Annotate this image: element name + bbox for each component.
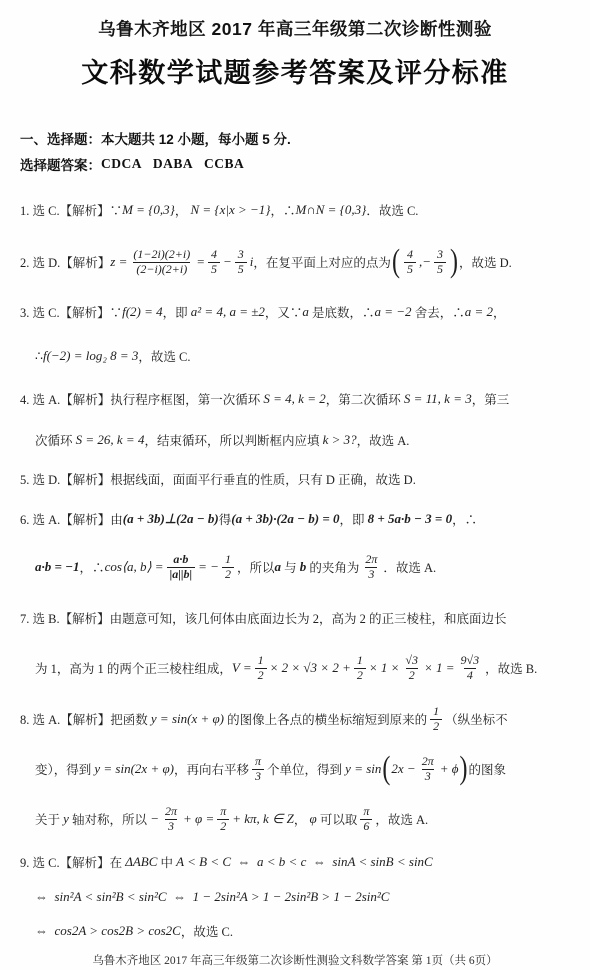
text-run: 轴对称，所以 — [69, 810, 150, 828]
answer-item-4: 4. 选 A.【解析】执行程序框图，第一次循环 S = 4, k = 2，第二次… — [20, 378, 570, 460]
answer-item-5: 5. 选 D.【解析】根据线面，面面平行垂直的性质，只有 D 正确，故选 D. — [20, 460, 570, 498]
answer-line: 8. 选 A.【解析】把函数 y = sin(x + φ) 的图像上各点的横坐标… — [20, 694, 570, 744]
text-run: ，故选 B. — [485, 659, 537, 677]
text-run: ， — [175, 201, 191, 219]
vector-math-run: (a + 3b)⊥(2a − b) — [123, 511, 219, 527]
answer-item-8: 8. 选 A.【解析】把函数 y = sin(x + φ) 的图像上各点的横坐标… — [20, 694, 570, 844]
text-run: 舍去，∴ — [412, 303, 465, 321]
vector-math-run: a·b = −1 — [35, 559, 80, 575]
text-run: ，即 — [163, 303, 191, 321]
text-run: ，∴ — [80, 558, 105, 576]
math-run: k > 3? — [323, 432, 357, 448]
math-run: M = {0,3} — [122, 202, 175, 218]
answer-item-2: 2. 选 D.【解析】z =(1−2i)(2+i)(2−i)(2+i)=45−3… — [20, 234, 570, 290]
text-run: ．故选 C. — [366, 201, 418, 219]
math-run: ΔABC — [125, 854, 157, 870]
math-run: a = −2 — [375, 304, 412, 320]
fraction: 12 — [255, 654, 267, 683]
text-run: 可以取 — [317, 810, 358, 828]
answer-line: 7. 选 B.【解析】由题意可知，该几何体由底面边长为 2，高为 2 的正三棱柱… — [20, 594, 570, 642]
text-run: ，故选 D. — [459, 253, 512, 271]
fraction: 12 — [222, 553, 234, 582]
math-run: y = sin(x + φ) — [151, 711, 224, 727]
text-run: 变），得到 — [35, 760, 94, 778]
math-run: z = — [110, 254, 127, 270]
text-run: ，∴ — [270, 201, 295, 219]
math-run: y = sin(2x + φ) — [94, 761, 174, 777]
text-run: 关于 — [35, 810, 63, 828]
answers-label: 选择题答案： — [20, 154, 101, 174]
math-run: + ϕ — [440, 761, 459, 777]
fraction: 35 — [434, 248, 446, 277]
text-run: 的图象 — [468, 760, 506, 778]
text-run: ，再向右平移 — [174, 760, 249, 778]
answer-line: 4. 选 A.【解析】执行程序框图，第一次循环 S = 4, k = 2，第二次… — [20, 378, 570, 420]
fraction: π3 — [252, 755, 264, 784]
text-run: 的夹角为 — [306, 558, 359, 576]
fraction: 12 — [430, 705, 442, 734]
math-run: f(−2) = log₂ 8 = 3 — [43, 348, 138, 364]
answer-line: 9. 选 C.【解析】在 ΔABC 中 A < B < C ⇔ a < b < … — [20, 844, 570, 880]
text-run: 3. 选 C.【解析】∵ — [20, 303, 122, 321]
text-run: 为 1，高为 1 的两个正三棱柱组成， — [35, 659, 232, 677]
fraction: 2π3 — [419, 755, 437, 784]
text-run: ，第三 — [472, 390, 510, 408]
answer-items: 1. 选 C.【解析】∵M = {0,3}， N = {x|x > −1}，∴M… — [20, 186, 570, 948]
text-run: 是底数，∴ — [309, 303, 375, 321]
text-run: ．故选 A. — [383, 558, 436, 576]
fraction: π2 — [217, 805, 229, 834]
big-paren: ( — [382, 753, 390, 785]
math-run: f(2) = 4 — [122, 304, 163, 320]
text-run: ， — [294, 810, 310, 828]
text-run: ，故选 C. — [138, 347, 190, 365]
text-run: ，结束循环，所以判断框内应填 — [144, 431, 322, 449]
text-run: ，又∵ — [265, 303, 303, 321]
answer-line: 1. 选 C.【解析】∵M = {0,3}， N = {x|x > −1}，∴M… — [20, 186, 570, 234]
math-run: A < B < C ⇔ a < b < c ⇔ sinA < sinB < si… — [176, 854, 433, 870]
text-run: 2. 选 D.【解析】 — [20, 253, 110, 271]
answer-item-6: 6. 选 A.【解析】由(a + 3b)⊥(2a − b)得(a + 3b)·(… — [20, 498, 570, 594]
math-run: V = — [232, 660, 252, 676]
answer-line: 2. 选 D.【解析】z =(1−2i)(2+i)(2−i)(2+i)=45−3… — [20, 234, 570, 290]
text-run: 6. 选 A.【解析】由 — [20, 510, 123, 528]
text-run: ，所以 — [237, 558, 275, 576]
fraction: 12 — [354, 654, 366, 683]
answer-line: 5. 选 D.【解析】根据线面，面面平行垂直的性质，只有 D 正确，故选 D. — [20, 460, 570, 498]
math-run: + kπ, k ∈ Z — [232, 811, 294, 827]
main-title: 文科数学试题参考答案及评分标准 — [20, 51, 570, 90]
text-run: 得 — [219, 510, 232, 528]
math-run: 2x − — [391, 761, 415, 777]
answer-line: 关于 y 轴对称，所以 −2π3+ φ =π2+ kπ, k ∈ Z， φ 可以… — [20, 794, 570, 844]
answers-letters: CDCA DABA CCBA — [101, 156, 244, 172]
math-run: a = 2 — [465, 304, 493, 320]
answer-line: ⇔ sin²A < sin²B < sin²C ⇔ 1 − 2sin²A > 1… — [20, 880, 570, 914]
math-run: φ — [310, 811, 317, 827]
fraction: (1−2i)(2+i)(2−i)(2+i) — [130, 248, 193, 277]
vector-math-run: (a + 3b)·(2a − b) = 0 — [231, 511, 339, 527]
region-title: 乌鲁木齐地区 2017 年高三年级第二次诊断性测验 — [20, 16, 570, 41]
big-paren: ( — [392, 246, 400, 278]
math-run: × 2 × √3 × 2 + — [270, 660, 351, 676]
math-run: a² = 4, a = ±2 — [191, 304, 265, 320]
answer-line: 为 1，高为 1 的两个正三棱柱组成，V =12× 2 × √3 × 2 +12… — [20, 642, 570, 694]
text-run: ，在复平面上对应的点为 — [253, 253, 391, 271]
big-paren: ) — [450, 246, 458, 278]
answers-line: 选择题答案： CDCA DABA CCBA — [20, 154, 570, 174]
text-run: ， — [493, 303, 506, 321]
math-run: − — [223, 254, 232, 270]
fraction: 45 — [404, 248, 416, 277]
math-run: + φ = — [183, 811, 214, 827]
answer-line: 变），得到 y = sin(2x + φ)，再向右平移π3个单位，得到 y = … — [20, 744, 570, 794]
text-run: 与 — [281, 558, 300, 576]
math-run: × 1 = — [424, 660, 455, 676]
big-paren: ) — [459, 753, 467, 785]
math-run: − — [150, 811, 159, 827]
answer-line: 次循环 S = 26, k = 4，结束循环，所以判断框内应填 k > 3?，故… — [20, 420, 570, 460]
fraction: 2π3 — [362, 553, 380, 582]
vector-math-run: 8 + 5a·b − 3 = 0 — [368, 511, 452, 527]
fraction: a·b|a||b| — [167, 553, 196, 582]
page-footer: 乌鲁木齐地区 2017 年高三年级第二次诊断性测验文科数学答案 第 1页（共 6… — [20, 952, 570, 968]
text-run: 7. 选 B.【解析】由题意可知，该几何体由底面边长为 2，高为 2 的正三棱柱… — [20, 609, 506, 627]
text-run: 4. 选 A.【解析】执行程序框图，第一次循环 — [20, 390, 263, 408]
math-run: ⇔ cos2A > cos2B > cos2C — [35, 923, 181, 939]
math-run: × 1 × — [369, 660, 400, 676]
fraction: 45 — [208, 248, 220, 277]
text-run: 5. 选 D.【解析】根据线面，面面平行垂直的性质，只有 D 正确，故选 D. — [20, 470, 416, 488]
fraction: 2π3 — [162, 805, 180, 834]
answer-line: a·b = −1，∴cos⟨a, b⟩ =a·b|a||b|= −12，所以a … — [20, 540, 570, 594]
math-run: N = {x|x > −1} — [190, 202, 270, 218]
answer-line: 3. 选 C.【解析】∵f(2) = 4，即 a² = 4, a = ±2，又∵… — [20, 290, 570, 334]
fraction: √32 — [402, 654, 421, 683]
document-page: 乌鲁木齐地区 2017 年高三年级第二次诊断性测验 文科数学试题参考答案及评分标… — [0, 0, 590, 970]
math-run: cos⟨a, b⟩ = — [105, 559, 164, 575]
answer-item-7: 7. 选 B.【解析】由题意可知，该几何体由底面边长为 2，高为 2 的正三棱柱… — [20, 594, 570, 694]
text-run: 9. 选 C.【解析】在 — [20, 853, 125, 871]
text-run: 1. 选 C.【解析】∵ — [20, 201, 122, 219]
text-run: ∴ — [35, 348, 43, 364]
answer-item-9: 9. 选 C.【解析】在 ΔABC 中 A < B < C ⇔ a < b < … — [20, 844, 570, 948]
text-run: 中 — [157, 853, 176, 871]
math-run: = — [196, 254, 205, 270]
text-run: 个单位，得到 — [267, 760, 345, 778]
math-run: = − — [198, 559, 219, 575]
fraction: 35 — [235, 248, 247, 277]
math-run: M∩N = {0,3} — [296, 202, 367, 218]
text-run: ，即 — [340, 510, 368, 528]
math-run: ,− — [419, 254, 431, 270]
fraction: π6 — [360, 805, 372, 834]
answer-line: ⇔ cos2A > cos2B > cos2C，故选 C. — [20, 914, 570, 948]
answer-line: ∴f(−2) = log₂ 8 = 3，故选 C. — [20, 334, 570, 378]
text-run: ，故选 A. — [375, 810, 428, 828]
text-run: ，∴ — [452, 510, 477, 528]
text-run: 的图像上各点的横坐标缩短到原来的 — [224, 710, 427, 728]
text-run: 8. 选 A.【解析】把函数 — [20, 710, 151, 728]
text-run: （纵坐标不 — [445, 710, 508, 728]
text-run: 次循环 — [35, 431, 76, 449]
math-run: ⇔ sin²A < sin²B < sin²C ⇔ 1 − 2sin²A > 1… — [35, 889, 389, 905]
answer-item-3: 3. 选 C.【解析】∵f(2) = 4，即 a² = 4, a = ±2，又∵… — [20, 290, 570, 378]
math-run: y = sin — [345, 761, 381, 777]
section-heading: 一、选择题：本大题共 12 小题，每小题 5 分. — [20, 128, 570, 148]
text-run: ，故选 C. — [181, 922, 233, 940]
text-run: ，第二次循环 — [326, 390, 404, 408]
math-run: S = 4, k = 2 — [263, 391, 325, 407]
answer-item-1: 1. 选 C.【解析】∵M = {0,3}， N = {x|x > −1}，∴M… — [20, 186, 570, 234]
math-run: S = 11, k = 3 — [404, 391, 472, 407]
fraction: 9√34 — [458, 654, 483, 683]
text-run: ，故选 A. — [357, 431, 410, 449]
answer-line: 6. 选 A.【解析】由(a + 3b)⊥(2a − b)得(a + 3b)·(… — [20, 498, 570, 540]
math-run: S = 26, k = 4 — [76, 432, 145, 448]
